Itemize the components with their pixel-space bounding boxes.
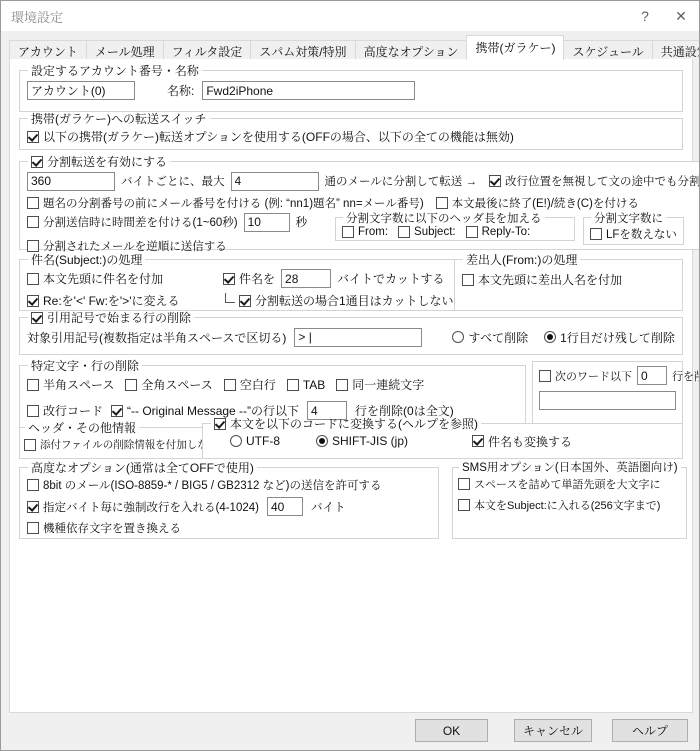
convert-subject-checkbox[interactable]: 件名も変換する [472, 433, 572, 450]
sms-options-group: SMS用オプション(日本国外、英語圏向け) スペースを詰めて単語先頭を大文字に … [452, 459, 687, 539]
half-space-checkbox[interactable]: 半角スペース [27, 376, 114, 393]
prepend-from-checkbox[interactable]: 本文先頭に差出人名を付加 [462, 271, 622, 288]
tab-mail-processing[interactable]: メール処理 [86, 40, 164, 59]
convert-body-checkbox[interactable]: 本文を以下のコードに変換する(ヘルプを参照) [214, 415, 478, 432]
enable-quote-delete-checkbox[interactable]: 引用記号で始まる行の削除 [31, 309, 191, 326]
connector-line [225, 293, 235, 303]
tab-account[interactable]: アカウント [9, 40, 87, 59]
checkbox-box [125, 379, 137, 391]
preferences-dialog: 環境設定 ? ✕ アカウント メール処理 フィルタ設定 スパム対策/特別 高度な… [0, 0, 700, 751]
cut-subject-checkbox[interactable]: 件名を [223, 270, 275, 287]
prepend-subject-checkbox[interactable]: 本文先頭に件名を付加 [27, 270, 217, 287]
delay-checkbox[interactable]: 分割送信時に時間差を付ける(1~60秒) [27, 214, 238, 230]
checkbox-box [436, 197, 448, 209]
no-count-lf-checkbox[interactable]: LFを数えない [590, 226, 677, 242]
checkbox-box [472, 435, 484, 447]
tab-common-settings[interactable]: 共通設定 [652, 40, 700, 59]
end-mark-checkbox[interactable]: 本文最後に終了(E!)/続き(C)を付ける [436, 195, 639, 211]
quote-target-label: 対象引用記号(複数指定は半角スペースで区切る) [27, 329, 286, 346]
split-count-lf-group: 分割文字数に LFを数えない [583, 210, 684, 245]
linebreak-code-checkbox[interactable]: 改行コード [27, 402, 103, 419]
checkbox-box [398, 226, 410, 238]
checkbox-box [111, 405, 123, 417]
replace-dependent-chars-checkbox[interactable]: 機種依存文字を置き換える [27, 520, 181, 536]
from-group-title: 差出人(From:)の処理 [463, 251, 580, 268]
checkbox-box [27, 379, 39, 391]
checkbox-box [462, 274, 474, 286]
next-word-checkbox[interactable]: 次のワード以下 [539, 368, 632, 384]
enable-split-checkbox[interactable]: 分割転送を有効にする [31, 153, 167, 170]
subject-group: 件名(Subject:)の処理 本文先頭に件名を付加 件名を バイトでカットする… [19, 251, 462, 311]
delay-unit-label: 秒 [296, 214, 308, 230]
radio-circle [544, 331, 556, 343]
capitalize-words-checkbox[interactable]: スペースを詰めて単語先頭を大文字に [458, 476, 660, 492]
quote-delete-group: 引用記号で始まる行の削除 対象引用記号(複数指定は半角スペースで区切る) すべて… [19, 309, 683, 355]
split-count-lf-title: 分割文字数に [591, 210, 666, 226]
account-selector[interactable] [27, 81, 135, 100]
close-icon[interactable]: ✕ [663, 1, 699, 31]
title-bar: 環境設定 ? ✕ [1, 1, 699, 31]
checkbox-box [458, 499, 470, 511]
split-bytes-label: バイトごとに、最大 [121, 173, 225, 189]
checkbox-box [239, 295, 251, 307]
tab-mobile-garake[interactable]: 携帯(ガラケー) [466, 35, 564, 60]
header-length-title: 分割文字数に以下のヘッダ長を加える [343, 210, 545, 226]
force-linebreak-checkbox[interactable]: 指定バイト毎に強制改行を入れる(4-1024) [27, 499, 259, 515]
split-forward-group: 分割転送を有効にする バイトごとに、最大 通のメールに分割して転送 → 改行位置… [19, 153, 700, 250]
checkbox-box [342, 226, 354, 238]
checkbox-box [27, 501, 39, 513]
ok-button[interactable]: OK [415, 719, 488, 742]
checkbox-box [539, 370, 551, 382]
ignore-linebreak-checkbox[interactable]: 改行位置を無視して文の途中でも分割する [489, 173, 700, 189]
split-bytes-input[interactable] [27, 172, 115, 191]
advanced-options-group: 高度なオプション(通常は全てOFFで使用) 8bit のメール(ISO-8859… [19, 459, 439, 539]
header-info-title: ヘッダ・その他情報 [25, 419, 139, 436]
force-linebreak-bytes-input[interactable] [267, 497, 303, 516]
checkbox-box [27, 197, 39, 209]
advanced-options-title: 高度なオプション(通常は全てOFFで使用) [28, 459, 257, 476]
tab-advanced-options[interactable]: 高度なオプション [355, 40, 468, 59]
titlebar-buttons: ? ✕ [627, 1, 699, 31]
radio-circle [230, 435, 242, 447]
delete-all-radio[interactable]: すべて削除 [452, 329, 528, 346]
checkbox-box [27, 240, 39, 252]
repeat-char-checkbox[interactable]: 同一連続文字 [336, 376, 424, 393]
forward-switch-group: 携帯(ガラケー)への転送スイッチ 以下の携帯(ガラケー)転送オプションを使用する… [19, 110, 683, 150]
force-linebreak-unit-label: バイト [311, 499, 346, 515]
checkbox-box [466, 226, 478, 238]
split-max-count-input[interactable] [231, 172, 319, 191]
first-mail-no-cut-checkbox[interactable]: 分割転送の場合1通目はカットしない [239, 292, 454, 309]
blank-line-checkbox[interactable]: 空白行 [224, 376, 276, 393]
use-forward-options-checkbox[interactable]: 以下の携帯(ガラケー)転送オプションを使用する(OFFの場合、以下の全ての機能は… [27, 128, 514, 145]
checkbox-box [223, 273, 235, 285]
add-from-checkbox[interactable]: From: [342, 226, 388, 238]
checkbox-box [31, 156, 43, 168]
shift-jis-radio[interactable]: SHIFT-JIS (jp) [316, 434, 408, 448]
checkbox-box [458, 478, 470, 490]
add-replyto-checkbox[interactable]: Reply-To: [466, 226, 531, 238]
checkbox-box [27, 216, 39, 228]
radio-circle [316, 435, 328, 447]
checkbox-box [590, 228, 602, 240]
delay-seconds-input[interactable] [244, 213, 290, 232]
add-subject-checkbox[interactable]: Subject: [398, 226, 456, 238]
mail-number-checkbox[interactable]: 題名の分割番号の前にメール番号を付ける (例: “nn1)題名” nn=メール番… [27, 195, 424, 211]
account-group-title: 設定するアカウント番号・名称 [28, 62, 202, 79]
allow-8bit-checkbox[interactable]: 8bit のメール(ISO-8859-* / BIG5 / GB2312 など)… [27, 477, 381, 493]
tab-schedule[interactable]: スケジュール [563, 40, 652, 59]
from-group: 差出人(From:)の処理 本文先頭に差出人名を付加 [454, 251, 683, 311]
tab-bar: アカウント メール処理 フィルタ設定 スパム対策/特別 高度なオプション 携帯(… [9, 36, 700, 59]
help-button[interactable]: ヘルプ [612, 719, 688, 742]
checkbox-box [336, 379, 348, 391]
radio-circle [452, 331, 464, 343]
checkbox-box [27, 522, 39, 534]
forward-switch-title: 携帯(ガラケー)への転送スイッチ [28, 110, 210, 127]
next-word-text-input[interactable] [539, 391, 676, 410]
full-space-checkbox[interactable]: 全角スペース [125, 376, 212, 393]
sms-options-title: SMS用オプション(日本国外、英語圏向け) [459, 459, 681, 475]
specific-chars-title: 特定文字・行の削除 [28, 357, 142, 374]
keep-first-line-radio[interactable]: 1行目だけ残して削除 [544, 329, 675, 346]
next-word-suffix-label: 行を削除 [672, 368, 700, 384]
checkbox-box [27, 405, 39, 417]
tab-spam-special[interactable]: スパム対策/特別 [250, 40, 355, 59]
utf8-radio[interactable]: UTF-8 [230, 434, 280, 448]
checkbox-box [31, 312, 43, 324]
next-word-lines-input[interactable] [637, 366, 667, 385]
header-info-group: ヘッダ・その他情報 添付ファイルの削除情報を付加しない [19, 419, 223, 459]
help-icon[interactable]: ? [627, 1, 663, 31]
cancel-button[interactable]: キャンセル [514, 719, 592, 742]
split-max-label: 通のメールに分割して転送 → [325, 173, 477, 189]
account-group: 設定するアカウント番号・名称 名称: [19, 62, 683, 112]
name-label: 名称: [167, 82, 194, 99]
subject-cut-bytes-input[interactable] [281, 269, 331, 288]
checkbox-box [27, 295, 39, 307]
checkbox-box [489, 175, 501, 187]
body-to-subject-checkbox[interactable]: 本文をSubject:に入れる(256文字まで) [458, 497, 660, 513]
tab-filter-settings[interactable]: フィルタ設定 [163, 40, 252, 59]
window-title: 環境設定 [11, 7, 63, 26]
quote-marks-input[interactable] [294, 328, 422, 347]
checkbox-box [214, 418, 226, 430]
tab-char-checkbox[interactable]: TAB [287, 378, 325, 392]
checkbox-box [287, 379, 299, 391]
subject-cut-unit-label: バイトでカットする [337, 270, 445, 287]
account-name-input[interactable] [202, 81, 415, 100]
checkbox-box [27, 131, 39, 143]
header-length-group: 分割文字数に以下のヘッダ長を加える From: Subject: Reply-T… [335, 210, 575, 241]
no-attach-info-checkbox[interactable]: 添付ファイルの削除情報を付加しない [24, 437, 218, 452]
encoding-group: 本文を以下のコードに変換する(ヘルプを参照) UTF-8 SHIFT-JIS (… [202, 415, 683, 459]
checkbox-box [24, 439, 36, 451]
checkbox-box [224, 379, 236, 391]
subject-group-title: 件名(Subject:)の処理 [28, 251, 145, 268]
replace-re-fw-checkbox[interactable]: Re:を'<' Fw:を'>'に変える [27, 292, 215, 309]
checkbox-box [27, 273, 39, 285]
checkbox-box [27, 479, 39, 491]
